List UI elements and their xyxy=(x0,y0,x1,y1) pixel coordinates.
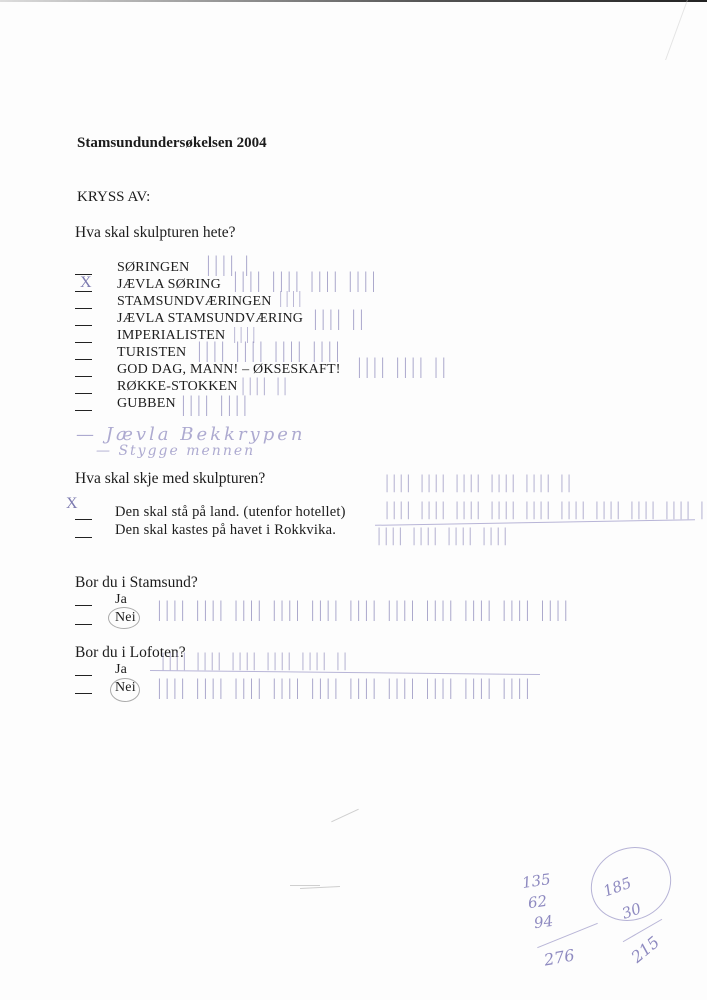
option-nei: Nei xyxy=(115,680,136,696)
tally-marks: |||| |||| |||| |||| xyxy=(196,338,342,362)
checkbox-blank[interactable] xyxy=(75,410,92,411)
checkbox-blank[interactable] xyxy=(75,693,92,694)
write-in-option: — Jævla Bekkrypen xyxy=(76,424,305,445)
option-turisten: TURISTEN xyxy=(117,345,186,361)
write-in-option: — Stygge mennen xyxy=(96,443,255,459)
option-ja: Ja xyxy=(115,662,127,678)
check-mark: X xyxy=(66,495,78,513)
tally-marks: |||| |||| |||| |||| |||| |||| |||| |||| … xyxy=(156,597,570,621)
tally-marks: |||| xyxy=(278,288,304,307)
option-stamsundvaeringen: STAMSUNDVÆRINGEN xyxy=(117,294,272,310)
option-sta-pa-land: Den skal stå på land. (utenfor hotellet) xyxy=(115,504,346,521)
checkbox-blank[interactable] xyxy=(75,325,92,326)
checkbox-blank[interactable] xyxy=(75,308,92,309)
question-2: Hva skal skje med skulpturen? xyxy=(75,470,265,488)
option-god-dag-mann: GOD DAG, MANN! – ØKSESKAFT! xyxy=(117,362,341,378)
tally-marks: |||| |||| xyxy=(180,392,249,416)
option-soringen: SØRINGEN xyxy=(117,260,189,276)
question-1: Hva skal skulpturen hete? xyxy=(75,224,236,242)
document-title: Stamsundundersøkelsen 2004 xyxy=(77,135,267,152)
tally-marks: |||| |||| |||| |||| |||| |||| |||| |||| … xyxy=(156,675,532,699)
tally-marks: |||| || xyxy=(312,306,366,330)
option-nei: Nei xyxy=(115,610,136,626)
option-jaevla-soring: JÆVLA SØRING xyxy=(117,277,221,293)
checkbox-blank[interactable] xyxy=(75,624,92,625)
checkbox-blank[interactable] xyxy=(75,376,92,377)
checkbox-blank[interactable] xyxy=(75,605,92,606)
checkbox-blank[interactable] xyxy=(75,537,92,538)
tally-marks-extra: |||| |||| |||| |||| |||| || xyxy=(384,472,573,493)
folded-corner xyxy=(665,0,707,60)
check-mark: X xyxy=(80,274,92,292)
tally-marks: |||| |||| || xyxy=(356,354,448,378)
option-jaevla-stamsundvaering: JÆVLA STAMSUNDVÆRING xyxy=(117,311,303,327)
checkbox-blank[interactable] xyxy=(75,393,92,394)
checkbox-blank[interactable] xyxy=(75,519,92,520)
tally-marks: |||| |||| |||| |||| |||| || xyxy=(160,650,349,671)
checkbox-blank[interactable] xyxy=(75,359,92,360)
stray-mark xyxy=(300,886,340,889)
stray-mark xyxy=(331,809,359,823)
tally-marks: |||| |||| |||| |||| xyxy=(232,268,378,292)
question-3: Bor du i Stamsund? xyxy=(75,574,198,592)
tally-marks: |||| |||| |||| |||| xyxy=(376,525,509,546)
checkbox-blank[interactable] xyxy=(75,342,92,343)
option-kastes-pa-havet: Den skal kastes på havet i Rokkvika. xyxy=(115,522,336,539)
option-gubben: GUBBEN xyxy=(117,396,176,412)
instruction: KRYSS AV: xyxy=(77,189,150,206)
checkbox-blank[interactable] xyxy=(75,675,92,676)
scan-top-edge xyxy=(0,0,707,2)
stray-mark xyxy=(290,885,320,886)
tally-marks: |||| |||| |||| |||| |||| |||| |||| |||| … xyxy=(384,499,707,520)
option-ja: Ja xyxy=(115,592,127,608)
